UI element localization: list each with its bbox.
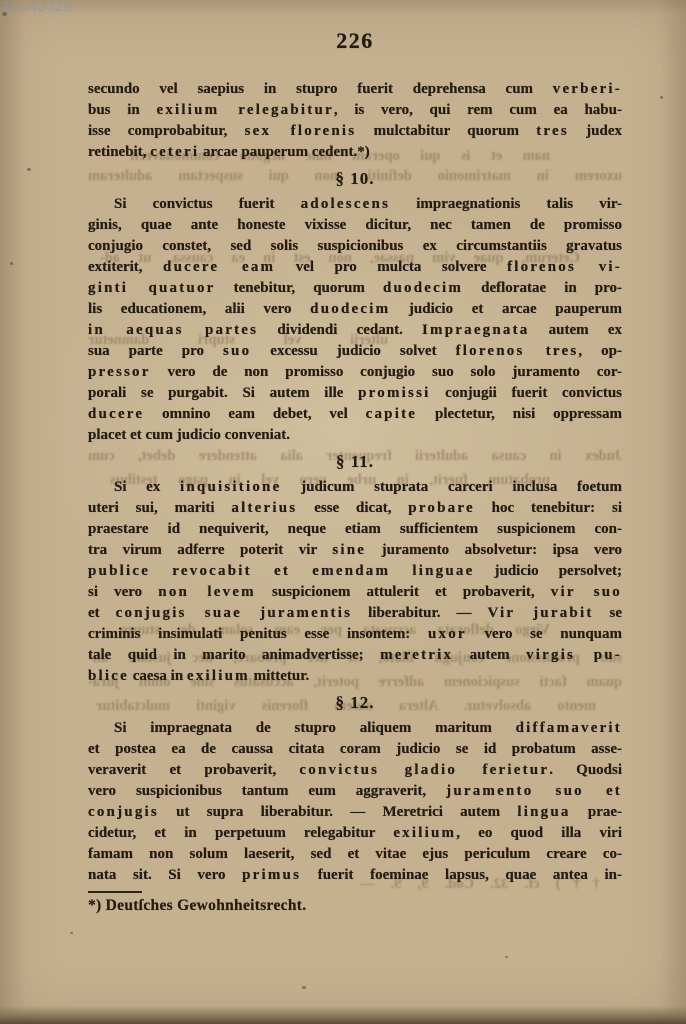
text-line: conjugio constet, sed solis suspicionibu…: [88, 236, 622, 257]
letterspaced-text: duodecim: [383, 280, 463, 296]
plain-text: fuerit foeminae lapsus, quae antea in-: [301, 867, 622, 883]
letterspaced-text: ginti quatuor: [88, 280, 216, 296]
plain-text: caesa in: [129, 668, 187, 684]
plain-text: extiterit,: [88, 259, 163, 275]
plain-text: impraegnationis talis vir-: [390, 196, 622, 212]
letterspaced-text: capite: [366, 406, 418, 422]
plain-text: criminis insimulati penitus esse insonte…: [88, 626, 428, 642]
plain-text: ginis, quae ante honeste vixisse dicitur…: [88, 217, 622, 233]
letterspaced-text: lingua: [517, 804, 570, 820]
plain-text: secundo vel saepius in stupro fuerit dep…: [88, 81, 553, 97]
plain-text: cidetur, et in perpetuum relegabitur: [88, 825, 393, 841]
plain-text: hoc tenebitur: si: [475, 500, 622, 516]
text-line: Si impraegnata de stupro aliquem maritum…: [88, 718, 622, 739]
letterspaced-text: conjugis suae juramentis: [116, 605, 352, 621]
text-line: ginis, quae ante honeste vixisse dicitur…: [88, 215, 622, 236]
plain-text: defloratae in pro-: [463, 280, 622, 296]
plain-text: vero de non promisso conjugio suo solo j…: [151, 364, 622, 380]
letterspaced-text: in aequas partes: [88, 322, 258, 338]
text-line: lis educationem, alii vero duodecim judi…: [88, 299, 622, 320]
text-line: ginti quatuor tenebitur, quorum duodecim…: [88, 278, 622, 299]
plain-text: ut supra liberabitur. — Meretrici autem: [159, 804, 517, 820]
plain-text: isse comprobabitur,: [88, 123, 245, 139]
plain-text: vero suspicionibus tantum eum aggraverit…: [88, 783, 446, 799]
plain-text: Si impraegnata de stupro aliquem maritum: [114, 720, 516, 736]
letterspaced-text: diffamaverit: [516, 720, 622, 736]
letterspaced-text: duodecim: [310, 301, 390, 317]
plain-text: prae-: [571, 804, 622, 820]
plain-text: judex: [569, 123, 622, 139]
letterspaced-text: florenos tres: [456, 343, 579, 359]
footnote: *) Deutſches Gewohnheitsrecht.: [88, 897, 306, 915]
plain-text: judicio et arcae pauperum: [390, 301, 622, 317]
plain-text: Si convictus fuerit: [114, 196, 301, 212]
letterspaced-text: Vir jurabit: [487, 605, 593, 621]
plain-text: suspicionem attulerit et probaverit,: [256, 584, 551, 600]
plain-text: lis educationem, alii vero: [88, 301, 310, 317]
page-number: 226: [88, 28, 622, 54]
plain-text: retinebit,: [88, 144, 150, 160]
plain-text: tale quid in marito animadvertisse;: [88, 647, 380, 663]
letterspaced-text: verberi-: [553, 81, 622, 97]
paper-speck: [302, 986, 306, 989]
plain-text: conjugii fuerit convictus: [430, 385, 622, 401]
plain-text: liberabitur. —: [352, 605, 487, 621]
text-line: Si convictus fuerit adolescens impraegna…: [88, 194, 622, 215]
text-line: publice revocabit et emendam linguae jud…: [88, 561, 622, 582]
plain-text: judicio persolvet;: [474, 563, 622, 579]
text-line: criminis insimulati penitus esse insonte…: [88, 624, 622, 645]
plain-text: uteri sui, mariti: [88, 500, 231, 516]
text-body: secundo vel saepius in stupro fuerit dep…: [88, 79, 622, 886]
letterspaced-text: exilium relegabitur: [156, 102, 333, 118]
text-line: in aequas partes dividendi cedant. Impra…: [88, 320, 622, 341]
plain-text: omnino eam debet, vel: [144, 406, 365, 422]
text-line: conjugis ut supra liberabitur. — Meretri…: [88, 802, 622, 823]
plain-text: tra virum adferre poterit vir: [88, 542, 332, 558]
text-line: cidetur, et in perpetuum relegabitur exi…: [88, 823, 622, 844]
plain-text: porali se purgabit. Si autem ille: [88, 385, 358, 401]
text-line: uteri sui, mariti alterius esse dicat, p…: [88, 498, 622, 519]
paper-speck: [10, 262, 13, 265]
plain-text: et postea ea de caussa citata coram judi…: [88, 741, 622, 757]
text-line: tale quid in marito animadvertisse; mere…: [88, 645, 622, 666]
plain-text: Si ex: [114, 479, 180, 495]
text-line: nata sit. Si vero primus fuerit foeminae…: [88, 865, 622, 886]
letterspaced-text: suo: [223, 343, 251, 359]
text-line: si vero non levem suspicionem attulerit …: [88, 582, 622, 603]
plain-text: conjugio constet, sed solis suspicionibu…: [88, 238, 622, 254]
plain-text: plectetur, nisi oppressam: [417, 406, 622, 422]
letterspaced-text: adolescens: [301, 196, 391, 212]
plain-text: arcae pauperum cedent.*): [199, 144, 370, 160]
section-heading: § 12.: [88, 692, 622, 713]
letterspaced-text: vir suo: [551, 584, 622, 600]
plain-text: tenebitur, quorum: [216, 280, 383, 296]
letterspaced-text: meretrix: [380, 647, 453, 663]
text-line: porali se purgabit. Si autem ille promis…: [88, 383, 622, 404]
paper-speck: [660, 96, 663, 99]
scan-id-watermark: 10543329: [2, 0, 73, 15]
letterspaced-text: non levem: [158, 584, 256, 600]
plain-text: mittetur.: [250, 668, 309, 684]
text-line: et conjugis suae juramentis liberabitur.…: [88, 603, 622, 624]
paper-speck: [505, 956, 508, 958]
plain-text: , eo quod illa viri: [456, 825, 622, 841]
plain-text: , is vero, qui rem cum ea habu-: [334, 102, 622, 118]
text-line: extiterit, ducere eam vel pro mulcta sol…: [88, 257, 622, 278]
letterspaced-text: pressor: [88, 364, 151, 380]
text-line: blice caesa in exilium mittetur.: [88, 666, 622, 687]
text-line: ducere omnino eam debet, vel capite plec…: [88, 404, 622, 425]
letterspaced-text: juramento suo et: [446, 783, 622, 799]
plain-text: excessu judicio solvet: [251, 343, 455, 359]
letterspaced-text: probare: [408, 500, 475, 516]
plain-text: judicum stuprata carceri inclusa foetum: [281, 479, 622, 495]
letterspaced-text: sine: [332, 542, 366, 558]
letterspaced-text: alterius: [231, 500, 297, 516]
book-page-scan: 10543329 nam et is qui operam huic negot…: [0, 0, 686, 1024]
plain-text: , op-: [578, 343, 622, 359]
letterspaced-text: inquisitione: [180, 479, 281, 495]
letterspaced-text: virgis pu-: [526, 647, 622, 663]
letterspaced-text: promissi: [358, 385, 430, 401]
letterspaced-text: exilium: [393, 825, 456, 841]
plain-text: esse dicat,: [297, 500, 408, 516]
text-line: praestare id nequiverit, neque etiam suf…: [88, 519, 622, 540]
plain-text: vero se nunquam: [467, 626, 622, 642]
letterspaced-text: ducere: [88, 406, 144, 422]
plain-text: praestare id nequiverit, neque etiam suf…: [88, 521, 622, 537]
letterspaced-text: publice revocabit et emendam linguae: [88, 563, 474, 579]
text-line: pressor vero de non promisso conjugio su…: [88, 362, 622, 383]
text-line: Si ex inquisitione judicum stuprata carc…: [88, 477, 622, 498]
plain-text: placet et cum judicio conveniat.: [88, 427, 290, 443]
text-line: bus in exilium relegabitur, is vero, qui…: [88, 100, 622, 121]
letterspaced-text: convictus gladio ferietur: [299, 762, 549, 778]
letterspaced-text: primus: [242, 867, 301, 883]
text-line: secundo vel saepius in stupro fuerit dep…: [88, 79, 622, 100]
plain-text: famam non solum laeserit, sed et vitae e…: [88, 846, 622, 862]
plain-text: si vero: [88, 584, 158, 600]
plain-text: vel pro mulcta solvere: [275, 259, 507, 275]
paper-speck: [27, 168, 31, 171]
plain-text: veraverit et probaverit,: [88, 762, 299, 778]
text-line: sua parte pro suo excessu judicio solvet…: [88, 341, 622, 362]
paper-speck: [70, 932, 73, 934]
footnote-rule: [88, 891, 142, 893]
plain-text: . Quodsi: [549, 762, 622, 778]
letterspaced-text: sex florenis: [245, 123, 357, 139]
letterspaced-text: ceteri: [150, 144, 199, 160]
letterspaced-text: ducere eam: [163, 259, 275, 275]
plain-text: se: [594, 605, 622, 621]
plain-text: sua parte pro: [88, 343, 223, 359]
plain-text: bus in: [88, 102, 156, 118]
text-line: famam non solum laeserit, sed et vitae e…: [88, 844, 622, 865]
letterspaced-text: conjugis: [88, 804, 159, 820]
text-line: vero suspicionibus tantum eum aggraverit…: [88, 781, 622, 802]
plain-text: juramento absolvetur: ipsa vero: [366, 542, 622, 558]
section-heading: § 10.: [88, 168, 622, 189]
text-line: isse comprobabitur, sex florenis mulctab…: [88, 121, 622, 142]
letterspaced-text: exilium: [187, 668, 250, 684]
text-line: veraverit et probaverit, convictus gladi…: [88, 760, 622, 781]
letterspaced-text: uxor: [428, 626, 467, 642]
letterspaced-text: blice: [88, 668, 129, 684]
letterspaced-text: Impraegnata: [422, 322, 530, 338]
plain-text: mulctabitur quorum: [356, 123, 536, 139]
plain-text: autem ex: [530, 322, 622, 338]
plain-text: autem: [453, 647, 526, 663]
section-heading: § 11.: [88, 451, 622, 472]
text-line: tra virum adferre poterit vir sine juram…: [88, 540, 622, 561]
plain-text: et: [88, 605, 116, 621]
text-line: retinebit, ceteri arcae pauperum cedent.…: [88, 142, 622, 163]
plain-text: nata sit. Si vero: [88, 867, 242, 883]
letterspaced-text: tres: [536, 123, 569, 139]
letterspaced-text: florenos vi-: [507, 259, 622, 275]
text-line: et postea ea de caussa citata coram judi…: [88, 739, 622, 760]
text-line: placet et cum judicio conveniat.: [88, 425, 622, 446]
plain-text: dividendi cedant.: [258, 322, 422, 338]
